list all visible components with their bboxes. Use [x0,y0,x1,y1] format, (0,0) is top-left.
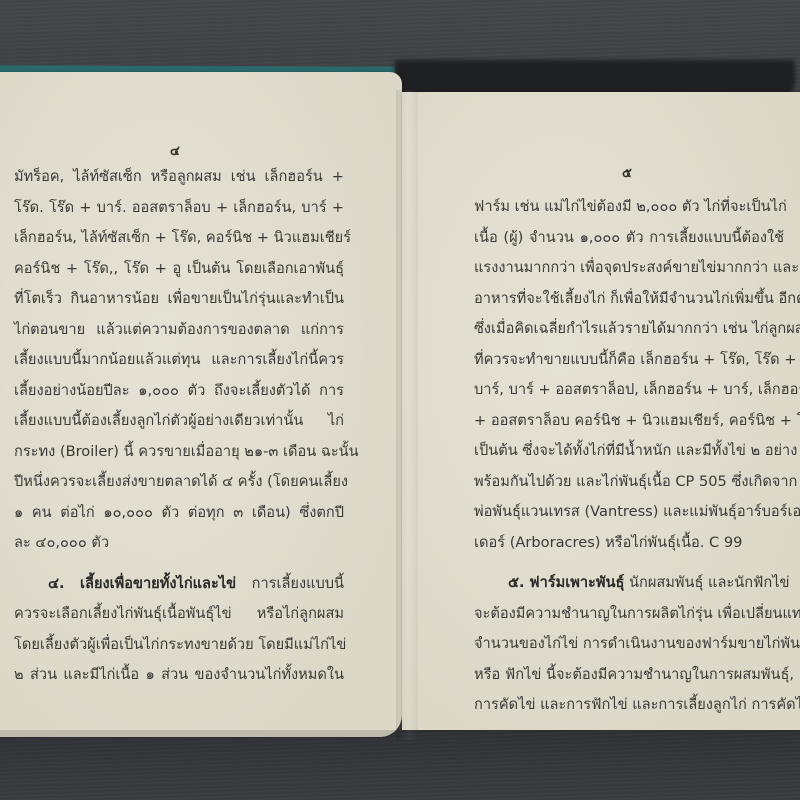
text-line: เป็นต้น ซึ่งจะได้ทั้งไก่ที่มีน้ำหนัก และ… [474,436,784,467]
text-line: เลี้ยงอย่างน้อยปีละ ๑,๐๐๐ ตัว ถึงจะเลี้ย… [14,376,344,407]
text-line: ละ ๔๐,๐๐๐ ตัว [14,528,344,559]
text-line: ๑ คน ต่อไก่ ๑๐,๐๐๐ ตัว ต่อทุก ๓ เดือน) ซ… [14,498,344,529]
text-line: เล็กฮอร์น, ไล้ท์ซัสเซ็ก + โร๊ด, คอร์นิช … [14,223,344,254]
text-line: มัทร็อค, ไล้ท์ซัสเซ็ก หรือลูกผสม เช่น เล… [14,162,344,193]
section-number: ๕. [508,574,525,591]
page-shadow [395,60,795,96]
text-line: เนื้อ (ผู้) จำนวน ๑,๐๐๐ ตัว การเลี้ยงแบบ… [474,223,784,254]
text-line: การคัดไข่ และการฟักไข่ และการเลี้ยงลูกไก… [474,690,784,721]
section-heading: เลี้ยงเพื่อขายทั้งไก่และไข่ [80,575,236,592]
text-line: ซึ่งเมื่อคิดเฉลี่ยกำไรแล้วรายได้มากกว่า … [474,314,784,345]
text-line: แรงงานมากกว่า เพื่อจุดประสงค์ขายไข่มากกว… [474,253,784,284]
section-text: การเลี้ยงแบบนี้ [252,575,344,592]
text-line: เดอร์ (Arboracres) หรือไก่พันธุ์เนื้อ. C… [474,528,784,559]
text-line: ที่โตเร็ว กินอาหารน้อย เพื่อขายเป็นไก่รุ… [14,284,344,315]
section-number: ๔. [48,575,65,592]
right-page: ๕ ฟาร์ม เช่น แม่ไก่ไข่ต้องมี ๒,๐๐๐ ตัว ไ… [402,92,800,730]
table-surface [0,730,800,800]
text-line: หรือ ฟักไข่ นี้จะต้องมีความชำนาญในการผสม… [474,660,784,691]
left-page: ๔ มัทร็อค, ไล้ท์ซัสเซ็ก หรือลูกผสม เช่น … [0,72,402,737]
body-text: มัทร็อค, ไล้ท์ซัสเซ็ก หรือลูกผสม เช่น เล… [14,162,344,691]
text-line: ๒ ส่วน และมีไก่เนื้อ ๑ ส่วน ของจำนวนไก่ท… [14,660,344,691]
text-line: พร้อมกันไปด้วย และไก่พันธุ์เนื้อ CP 505 … [474,467,784,498]
text-line: เลี้ยงแบบนี้มากน้อยแล้วแต่ทุน และการเลี้… [14,345,344,376]
section-text: นักผสมพันธุ์ และนักฟักไข่ [629,574,790,591]
text-line: จำนวนของไก่ไข่ การดำเนินงานของฟาร์มขายไก… [474,629,784,660]
text-line: พ่อพันธุ์แวนเทรส (Vantress) และแม่พันธุ์… [474,497,784,528]
text-line: + ออสตราล็อบ คอร์นิช + นิวแฮมเชียร์, คอร… [474,406,784,437]
text-line: เลี้ยงแบบนี้ต้องเลี้ยงลูกไก่ตัวผู้อย่างเ… [14,406,344,437]
section-heading: ฟาร์มเพาะพันธุ์ [529,574,624,591]
text-line: อาหารที่จะใช้เลี้ยงไก่ ก็เพื่อให้มีจำนวน… [474,284,784,315]
section-heading-line: ๕. ฟาร์มเพาะพันธุ์ นักผสมพันธุ์ และนักฟั… [474,568,784,599]
text-line: ไก่ตอนขาย แล้วแต่ความต้องการของตลาด แก่ก… [14,315,344,346]
text-line: ควรจะเลือกเลี้ยงไก่พันธุ์เนื้อพันธุ์ไข่ … [14,599,344,630]
text-line: ที่ควรจะทำขายแบบนี้ก็คือ เล็กฮอร์น + โร๊… [474,345,784,376]
text-line: คอร์นิช + โร๊ด,, โร๊ด + อู เป็นต้น โดยเล… [14,254,344,285]
page-number: ๔ [170,140,180,161]
text-line: บาร์, บาร์ + ออสตราล็อป, เล็กฮอร์น + บาร… [474,375,784,406]
text-line: ฟาร์ม เช่น แม่ไก่ไข่ต้องมี ๒,๐๐๐ ตัว ไก่… [474,192,784,223]
text-line: โดยเลี้ยงตัวผู้เพื่อเป็นไก่กระทงขายด้วย … [14,630,344,661]
text-line: กระทง (Broiler) นี้ ควรขายเมื่ออายุ ๒๑-๓… [14,437,344,468]
text-line: ปีหนึ่งควรจะเลี้ยงส่งขายตลาดได้ ๔ ครั้ง … [14,467,344,498]
page-number: ๕ [622,162,632,183]
body-text: ฟาร์ม เช่น แม่ไก่ไข่ต้องมี ๒,๐๐๐ ตัว ไก่… [474,192,784,721]
text-line: จะต้องมีความชำนาญในการผลิตไก่รุ่น เพื่อเ… [474,599,784,630]
section-heading-line: ๔. เลี้ยงเพื่อขายทั้งไก่และไข่ การเลี้ยง… [14,569,344,600]
text-line: โร๊ด. โร๊ด + บาร์. ออสตราล็อบ + เล็กฮอร์… [14,193,344,224]
